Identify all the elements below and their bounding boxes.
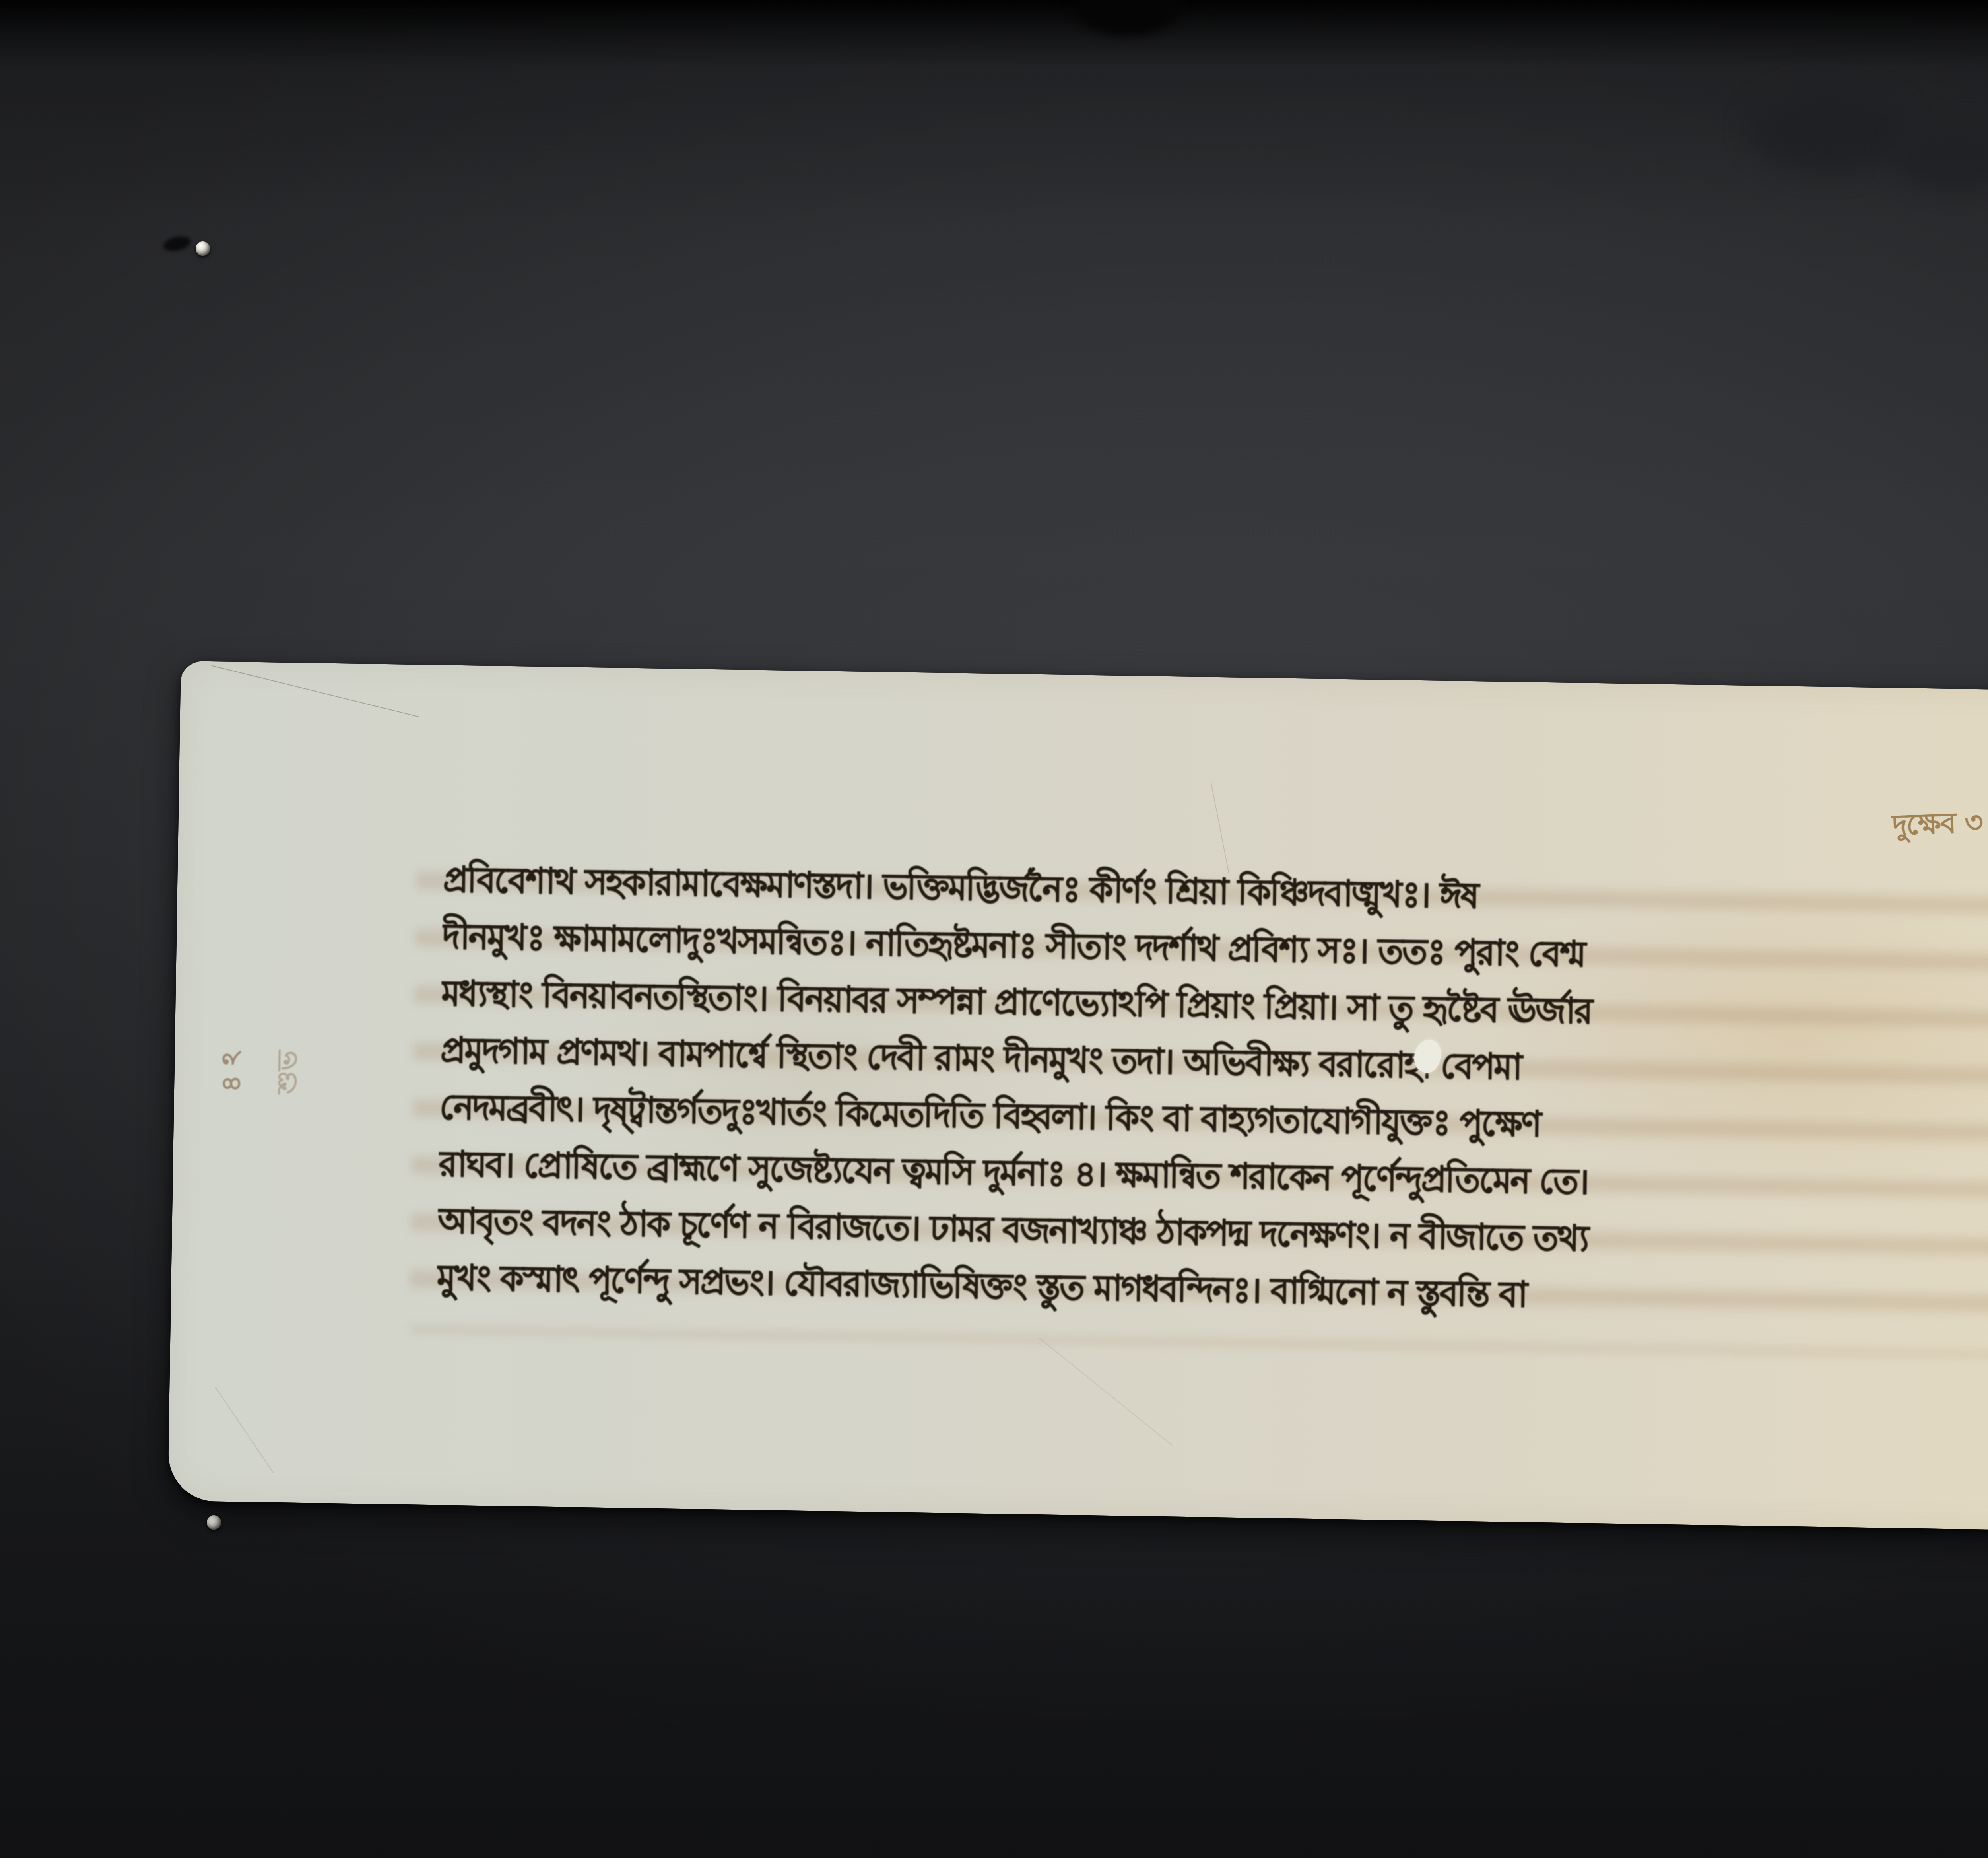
- manuscript-text-block: প্রবিবেশাথ সহকারামাবেক্ষমাণস্তদা। ভক্তিম…: [436, 851, 1988, 1342]
- pin-top-left: [196, 241, 210, 256]
- margin-annotation-top-right: দুক্ষেব ৩: [1891, 800, 1983, 851]
- pin-bottom-left: [207, 1515, 221, 1530]
- manuscript-photograph: দুক্ষেব ৩ ৪ ঽ শুভ প্রবিবেশাথ সহকারামাবেক…: [0, 0, 1988, 1858]
- left-margin-folio-marks: ৪ ঽ শুভ: [209, 999, 339, 1145]
- left-margin-mark: ৪ ঽ: [210, 1050, 256, 1093]
- left-margin-mark: শুভ: [266, 1050, 312, 1094]
- paper-crack-bottom-left: [215, 1387, 274, 1473]
- manuscript-page: দুক্ষেব ৩ ৪ ঽ শুভ প্রবিবেশাথ সহকারামাবেক…: [168, 661, 1988, 1534]
- paper-crack-top-left: [212, 665, 420, 717]
- paper-scratch-bottom: [1039, 1338, 1173, 1446]
- ink-smudge-upper-right-a: [1749, 87, 1908, 171]
